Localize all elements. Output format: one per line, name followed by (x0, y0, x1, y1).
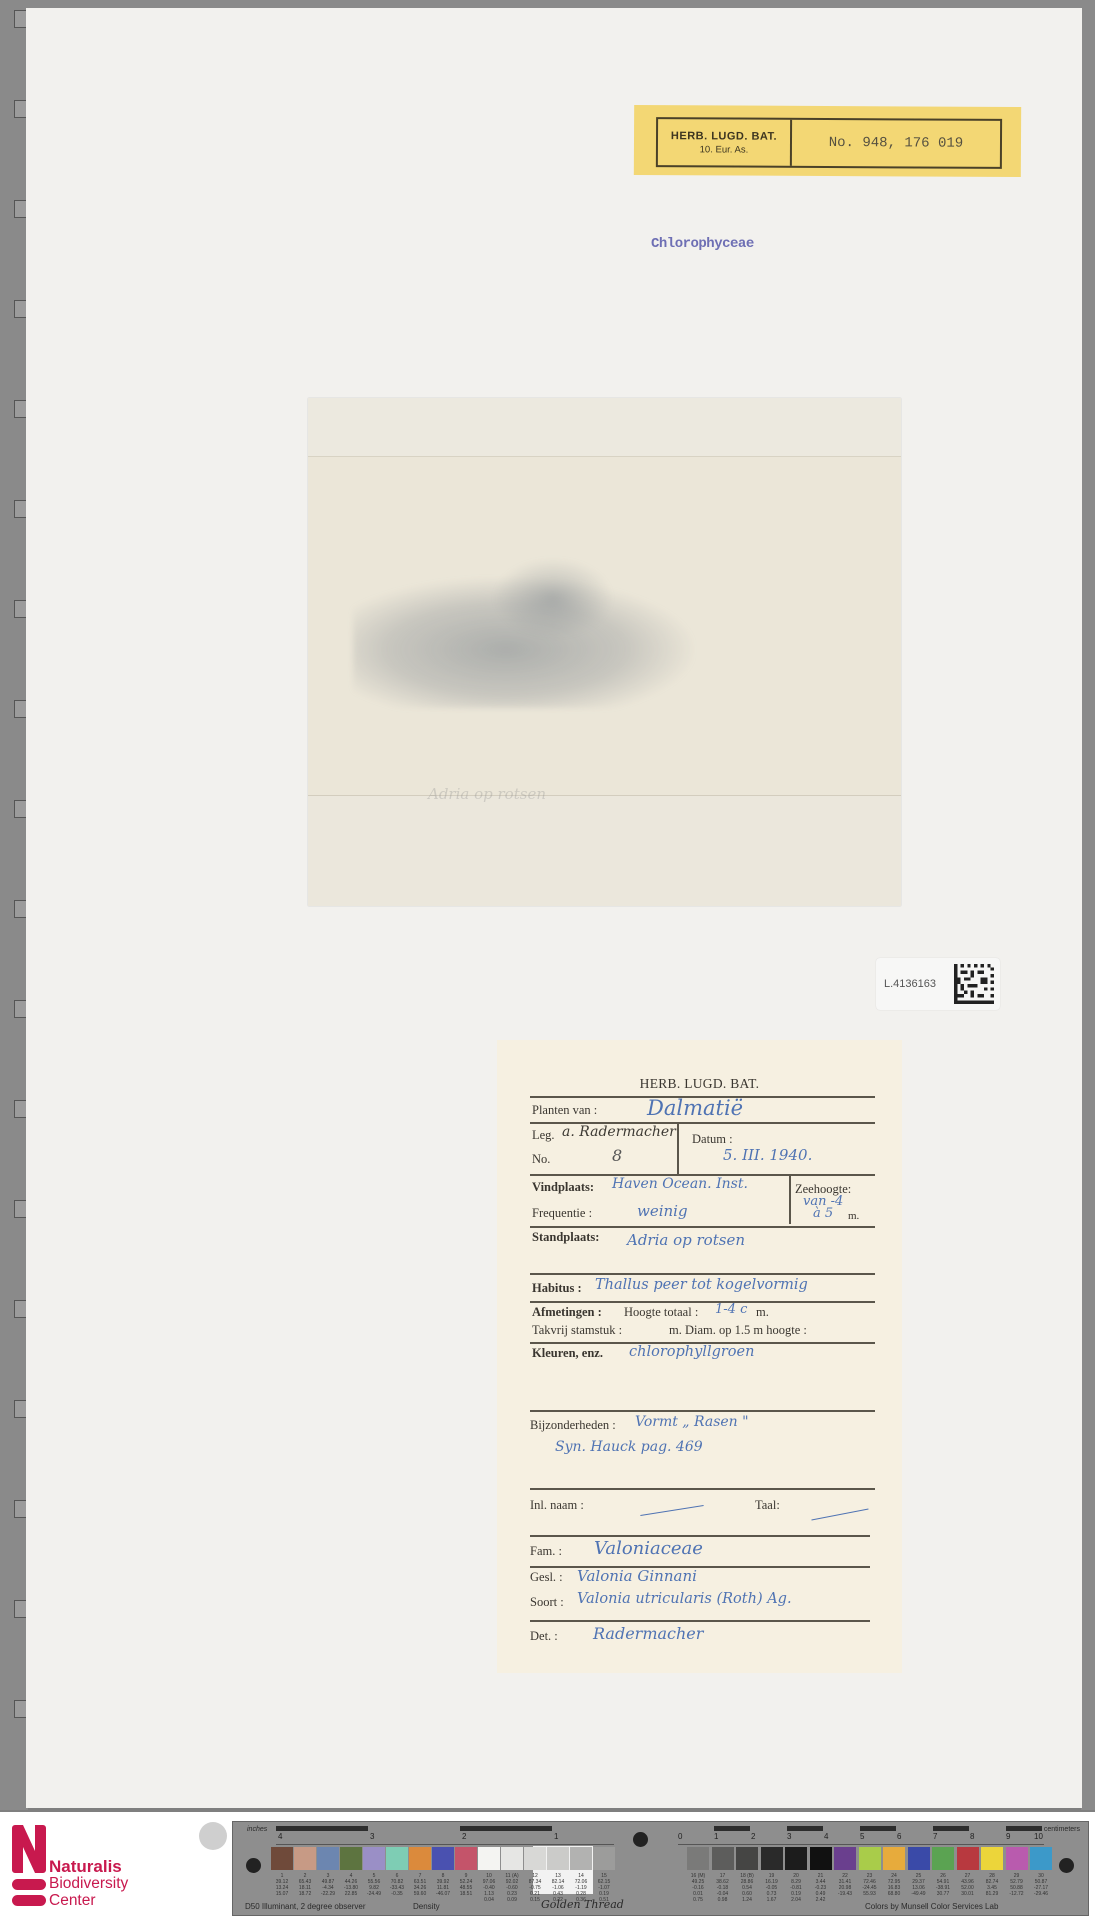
color-patch-values: 2372.46-24.4555.93 (859, 1873, 881, 1897)
color-patch-values: 2952.7950.88-12.72 (1006, 1873, 1028, 1897)
color-patch-values: 2743.9652.0030.01 (957, 1873, 979, 1897)
soort-label: Soort : (530, 1595, 564, 1610)
packet-top-flap (308, 398, 901, 457)
label-rule (530, 1410, 875, 1412)
accession-number: No. 948, 176 019 (792, 120, 1000, 167)
label-rule (530, 1488, 875, 1490)
inl-naam-label: Inl. naam : (530, 1498, 584, 1513)
color-patch-25 (908, 1847, 930, 1870)
color-patch-values: 2882.743.4581.29 (981, 1873, 1003, 1897)
patch-b: -29.46 (1030, 1891, 1052, 1897)
det-label: Det. : (530, 1629, 558, 1644)
inches-label: inches (247, 1826, 267, 1833)
vindplaats-value: Haven Ocean. Inst. (612, 1176, 748, 1192)
planten-van-label: Planten van : (532, 1103, 597, 1118)
label-rule (530, 1535, 870, 1537)
gesl-label: Gesl. : (530, 1570, 563, 1585)
bijzonderheden-value-2: Syn. Hauck pag. 469 (555, 1439, 703, 1455)
taal-label: Taal: (755, 1498, 780, 1513)
cm-ruler: 0 1 2 3 4 5 6 7 8 9 10 (678, 1826, 1044, 1845)
scanner-frame-top (0, 0, 1095, 8)
color-patch-19 (761, 1847, 783, 1870)
standplaats-label: Standplaats: (532, 1230, 599, 1245)
color-patch-values: 763.5134.2659.60 (409, 1873, 431, 1897)
vindplaats-label: Vindplaats: (532, 1180, 594, 1195)
munsell-credit: Colors by Munsell Color Services Lab (865, 1902, 998, 1911)
no-label: No. (532, 1152, 550, 1167)
afmetingen-label: Afmetingen : (532, 1305, 602, 1320)
patch-density: 0.09 (501, 1897, 523, 1903)
naturalis-n-icon (12, 1825, 46, 1873)
color-patch-22 (834, 1847, 856, 1870)
datamatrix-barcode-icon (954, 963, 994, 1005)
patch-b: 18.72 (294, 1891, 316, 1897)
color-patch-values: 265.4318.1118.72 (294, 1873, 316, 1897)
color-patch-values: 208.29-0.810.192.04 (785, 1873, 807, 1903)
color-patch-29 (1006, 1847, 1028, 1870)
catalog-number: L.4136163 (884, 978, 936, 990)
hoogte-label: Hoogte totaal : (624, 1305, 698, 1320)
patch-density: 2.42 (810, 1897, 832, 1903)
color-patch-5 (363, 1847, 385, 1870)
patch-b: 68.80 (883, 1891, 905, 1897)
collection-code: 10. Eur. As. (700, 144, 749, 155)
patch-b: -22.29 (317, 1891, 339, 1897)
bijzonderheden-value-1: Vormt „ Rasen " (635, 1414, 749, 1430)
cm-mark: 1 (714, 1832, 718, 1841)
color-patch-1 (271, 1847, 293, 1870)
color-patch-26 (932, 1847, 954, 1870)
color-patch-30 (1030, 1847, 1052, 1870)
leg-label: Leg. (532, 1128, 555, 1143)
accession-label: HERB. LUGD. BAT. 10. Eur. As. No. 948, 1… (634, 105, 1021, 177)
label-divider (677, 1122, 679, 1174)
habitus-label: Habitus : (532, 1281, 582, 1296)
color-patch-values: 1097.06-0.401.130.04 (478, 1873, 500, 1903)
cm-mark: 2 (751, 1832, 755, 1841)
illuminant-note: D50 Illuminant, 2 degree observer (245, 1902, 366, 1911)
patch-b: -49.49 (908, 1891, 930, 1897)
label-header: HERB. LUGD. BAT. (497, 1076, 902, 1092)
label-rule (530, 1301, 875, 1303)
registration-dot (1059, 1858, 1074, 1873)
datum-value: 5. III. 1940. (723, 1146, 812, 1164)
registration-dot (246, 1858, 261, 1873)
inch-mark: 2 (462, 1832, 466, 1841)
color-patch-values: 349.87-4.34-22.29 (317, 1873, 339, 1897)
takvrij-rest: m. Diam. op 1.5 m hoogte : (669, 1323, 807, 1338)
color-patch-10 (478, 1847, 500, 1870)
patch-density: 1.24 (736, 1897, 758, 1903)
color-patch-3 (317, 1847, 339, 1870)
cm-mark: 4 (824, 1832, 828, 1841)
kleuren-label: Kleuren, enz. (532, 1346, 603, 1361)
color-patch-values: 952.2448.5518.51 (455, 1873, 477, 1897)
color-patch-9 (455, 1847, 477, 1870)
logo-bar (12, 1895, 46, 1906)
patch-b: -24.49 (363, 1891, 385, 1897)
patch-b: 30.77 (932, 1891, 954, 1897)
centimeters-label: centimeters (1044, 1826, 1080, 1833)
zeehoogte-unit: m. (848, 1210, 859, 1222)
density-label: Density (413, 1902, 440, 1911)
kleuren-value: chlorophyllgroen (629, 1344, 754, 1360)
takvrij-label: Takvrij stamstuk : (532, 1323, 622, 1338)
color-patch-7 (409, 1847, 431, 1870)
cm-mark: 3 (787, 1832, 791, 1841)
naturalis-logo: Naturalis Biodiversity Center (12, 1825, 142, 1910)
patch-density: 2.04 (785, 1897, 807, 1903)
color-patch-28 (981, 1847, 1003, 1870)
hoogte-unit: m. (756, 1305, 769, 1320)
planten-van-value: Dalmatië (647, 1096, 743, 1120)
color-patch-16M (687, 1847, 709, 1870)
registration-dot (633, 1832, 648, 1847)
patch-b: 15.07 (271, 1891, 293, 1897)
color-patch-4 (340, 1847, 362, 1870)
barcode-label: L.4136163 (876, 958, 1000, 1010)
inch-mark: 4 (278, 1832, 282, 1841)
taxon-group-stamp: Chlorophyceae (651, 236, 754, 252)
patch-b: 18.51 (455, 1891, 477, 1897)
patch-b: -46.07 (432, 1891, 454, 1897)
det-value: Radermacher (593, 1624, 703, 1643)
patch-b: 81.29 (981, 1891, 1003, 1897)
cm-mark: 0 (678, 1832, 682, 1841)
inch-ruler: 4 3 2 1 (276, 1826, 614, 1845)
color-calibration-chart: inches centimeters 4 3 2 1 0 1 2 3 4 5 6… (232, 1821, 1089, 1916)
accession-box: HERB. LUGD. BAT. 10. Eur. As. No. 948, 1… (656, 117, 1002, 169)
color-patch-15 (593, 1847, 615, 1870)
logo-text-center: Center (49, 1892, 96, 1910)
frequentie-value: weinig (637, 1202, 688, 1220)
color-patch-values: 18 (B)28.860.540.601.24 (736, 1873, 758, 1903)
zeehoogte-value-2: à 5 (813, 1206, 833, 1221)
herbarium-label: HERB. LUGD. BAT. Planten van : Dalmatië … (497, 1040, 902, 1673)
color-patch-12 (524, 1847, 546, 1870)
color-patch-values: 213.44-0.230.492.42 (810, 1873, 832, 1903)
label-divider (789, 1174, 791, 1224)
frequentie-label: Frequentie : (532, 1206, 592, 1221)
leg-value: a. Radermacher (562, 1124, 676, 1140)
label-rule (530, 1226, 875, 1228)
color-patch-2 (294, 1847, 316, 1870)
inch-mark: 3 (370, 1832, 374, 1841)
color-patch-18B (736, 1847, 758, 1870)
color-patch-values: 670.82-33.43-0.35 (386, 1873, 408, 1897)
fam-value: Valoniaceae (594, 1538, 703, 1559)
color-patch-values: 2472.9516.8368.80 (883, 1873, 905, 1897)
color-patch-values: 3050.87-27.17-29.46 (1030, 1873, 1052, 1897)
cm-mark: 6 (897, 1832, 901, 1841)
patch-b: 59.60 (409, 1891, 431, 1897)
logo-text-naturalis: Naturalis (49, 1857, 122, 1877)
logo-text-biodiversity: Biodiversity (49, 1875, 128, 1893)
packet-bottom-flap (308, 795, 901, 906)
patch-b: -19.43 (834, 1891, 856, 1897)
scanner-frame-left (0, 0, 28, 1810)
accession-institution-cell: HERB. LUGD. BAT. 10. Eur. As. (658, 119, 792, 166)
patch-b: -0.35 (386, 1891, 408, 1897)
color-patch-values: 839.9211.81-46.07 (432, 1873, 454, 1897)
standplaats-value: Adria op rotsen (627, 1231, 745, 1249)
patch-b: 55.93 (859, 1891, 881, 1897)
cm-mark: 10 (1034, 1832, 1043, 1841)
color-patch-values: 1916.19-0.050.731.67 (761, 1873, 783, 1903)
cm-mark: 7 (933, 1832, 937, 1841)
color-patch-values: 2654.91-38.9130.77 (932, 1873, 954, 1897)
cm-mark: 5 (860, 1832, 864, 1841)
color-patch-values: 2529.3713.06-49.49 (908, 1873, 930, 1897)
color-patch-17 (712, 1847, 734, 1870)
patch-b: 30.01 (957, 1891, 979, 1897)
color-patch-8 (432, 1847, 454, 1870)
no-value: 8 (612, 1146, 622, 1165)
fam-label: Fam. : (530, 1544, 562, 1559)
color-patch-values: 11 (A)92.02-0.600.230.09 (501, 1873, 523, 1903)
patch-density: 0.04 (478, 1897, 500, 1903)
patch-b: 22.85 (340, 1891, 362, 1897)
label-rule (530, 1273, 875, 1275)
patch-density: 1.67 (761, 1897, 783, 1903)
dash-mark (640, 1505, 703, 1516)
color-patch-24 (883, 1847, 905, 1870)
algae-specimen-part (493, 558, 613, 638)
color-patch-6 (386, 1847, 408, 1870)
cm-mark: 8 (970, 1832, 974, 1841)
logo-bar (12, 1879, 46, 1890)
patch-density: 0.98 (712, 1897, 734, 1903)
inch-mark: 1 (554, 1832, 558, 1841)
dash-mark (811, 1508, 868, 1520)
patch-b: -12.72 (1006, 1891, 1028, 1897)
color-patch-14 (570, 1847, 592, 1870)
color-patch-20 (785, 1847, 807, 1870)
grey-reference-dot (199, 1822, 227, 1850)
color-patch-values: 555.569.82-24.49 (363, 1873, 385, 1897)
habitus-value: Thallus peer tot kogelvormig (595, 1277, 808, 1293)
color-patch-values: 139.1213.2415.07 (271, 1873, 293, 1897)
color-patch-values: 1738.62-0.18-0.040.98 (712, 1873, 734, 1903)
packet-faint-writing: Adria op rotsen (428, 785, 546, 803)
color-patch-11A (501, 1847, 523, 1870)
specimen-packet: Adria op rotsen (308, 398, 901, 906)
color-patch-21 (810, 1847, 832, 1870)
gesl-value: Valonia Ginnani (577, 1567, 697, 1585)
brand-name: Golden Thread (541, 1898, 624, 1911)
datum-label: Datum : (692, 1132, 733, 1147)
label-rule (530, 1620, 870, 1622)
bijzonderheden-label: Bijzonderheden : (530, 1418, 616, 1433)
color-patch-values: 16 (M)49.25-0.160.010.75 (687, 1873, 709, 1903)
cm-mark: 9 (1006, 1832, 1010, 1841)
color-patch-values: 444.26-13.8022.85 (340, 1873, 362, 1897)
color-patch-13 (547, 1847, 569, 1870)
soort-value: Valonia utricularis (Roth) Ag. (577, 1591, 792, 1607)
color-patch-23 (859, 1847, 881, 1870)
scanner-frame-right (1081, 0, 1095, 1810)
color-patch-27 (957, 1847, 979, 1870)
color-patch-values: 2231.4120.98-19.43 (834, 1873, 856, 1897)
hoogte-value: 1-4 c (715, 1302, 747, 1317)
institution-name: HERB. LUGD. BAT. (671, 130, 777, 143)
patch-density: 0.75 (687, 1897, 709, 1903)
